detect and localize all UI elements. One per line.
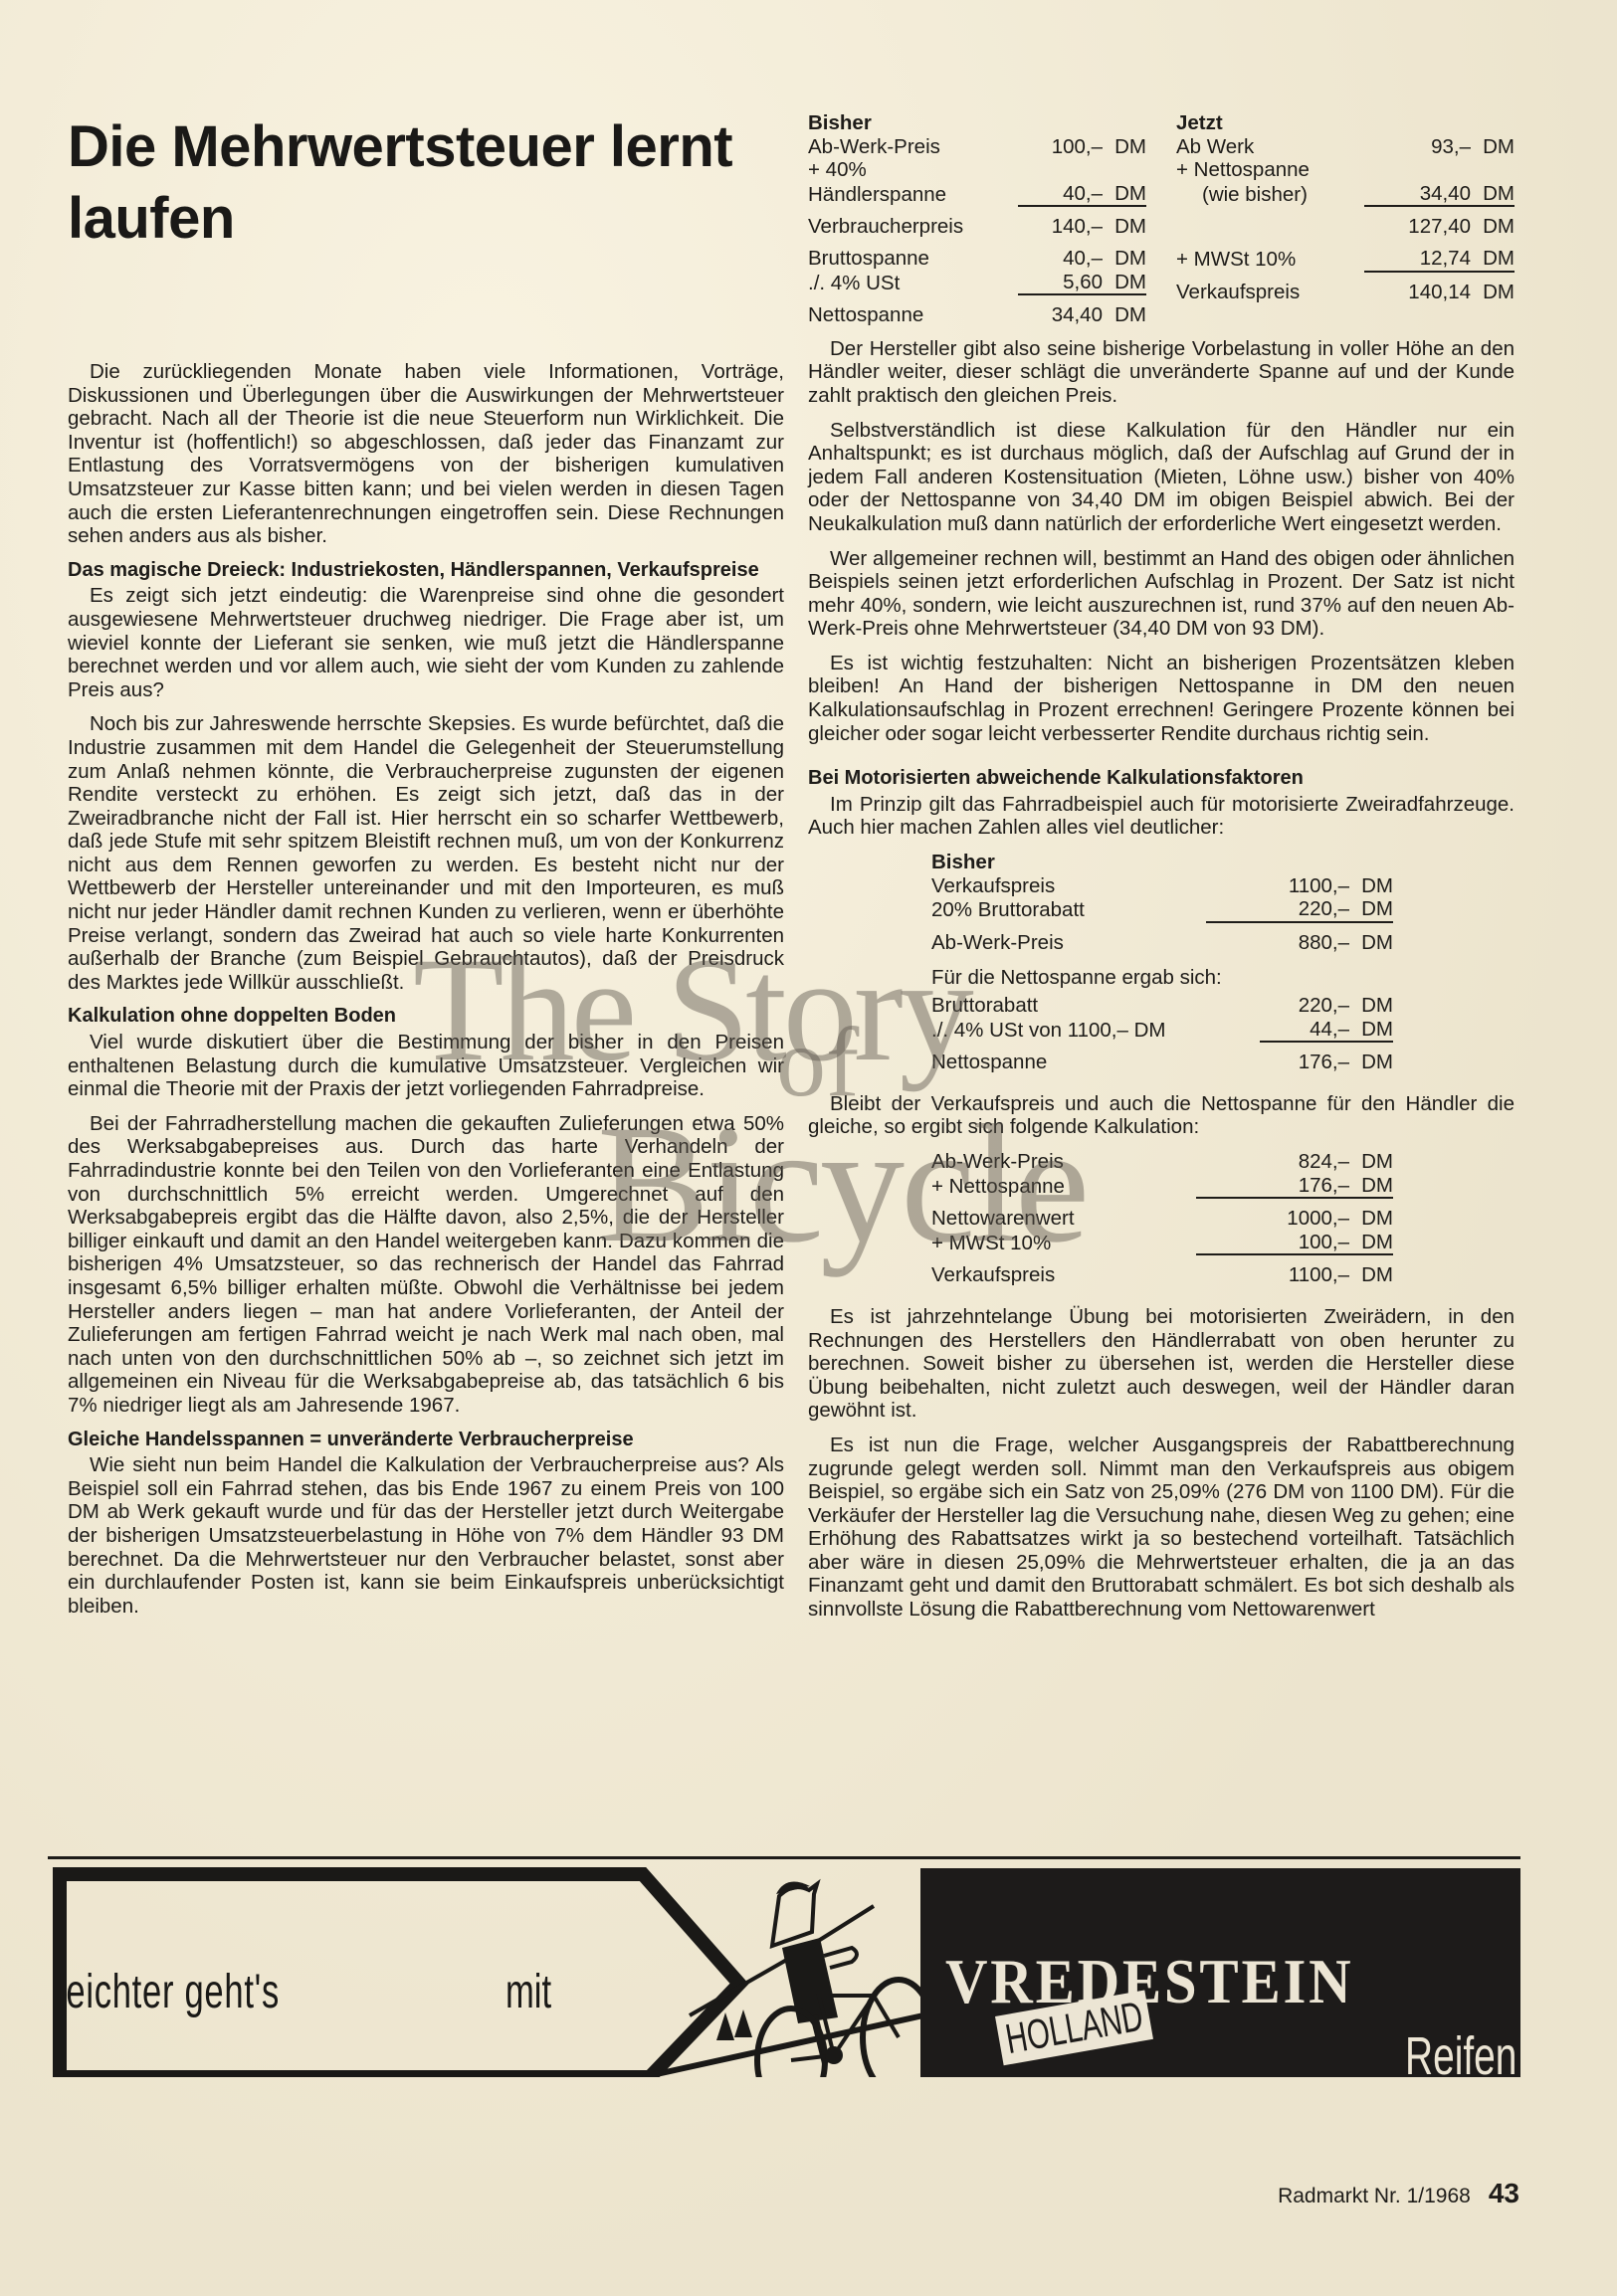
calc-unit: DM xyxy=(1349,1051,1393,1074)
calc-row: Händlerspanne40,–DM xyxy=(808,182,1146,207)
ad-connector: mit xyxy=(505,1965,551,2019)
calc-label: Ab-Werk-Preis xyxy=(931,922,1206,955)
moto-bisher-table: Verkaufspreis1100,–DM20% Bruttorabatt220… xyxy=(931,874,1393,955)
calc-unit: DM xyxy=(1103,247,1146,271)
ad-product: Reifen xyxy=(1405,2025,1516,2087)
calc-row: Verkaufspreis1100,–DM xyxy=(931,874,1393,898)
calc-label: Verbraucherpreis xyxy=(808,206,1018,239)
ad-brand-name: VREDESTEIN xyxy=(945,1945,1353,2018)
body-paragraph: Bei der Fahrradherstellung machen die ge… xyxy=(68,1112,784,1418)
body-paragraph: Es ist jahrzehntelange Übung bei motoris… xyxy=(808,1305,1515,1423)
calc-label: ./. 4% USt xyxy=(808,271,1018,295)
paragraph-bleibt: Bleibt der Verkaufspreis und auch die Ne… xyxy=(808,1092,1515,1139)
article-title: Die Mehrwertsteuer lernt laufen xyxy=(68,111,764,255)
body-paragraph: Wie sieht nun beim Handel die Kalkulatio… xyxy=(68,1453,784,1618)
body-paragraph: Es zeigt sich jetzt eindeutig: die Waren… xyxy=(68,584,784,701)
calc-label: Bruttorabatt xyxy=(931,994,1260,1018)
calc-value: 176,– xyxy=(1299,1174,1349,1197)
body-paragraph: Es ist nun die Frage, welcher Ausgangspr… xyxy=(808,1434,1515,1622)
calc-unit: DM xyxy=(1103,303,1146,327)
calc-value: 40,– xyxy=(1063,182,1103,205)
calc-label: Bruttospanne xyxy=(808,239,1018,271)
calc-row: (wie bisher)34,40DM xyxy=(1176,182,1515,207)
calc-value: 5,60 xyxy=(1063,271,1103,293)
left-sections: Das magische Dreieck: Industriekosten, H… xyxy=(68,559,784,1619)
calc-unit: DM xyxy=(1349,1150,1393,1174)
right-paragraphs-d: Es ist jahrzehntelange Übung bei motoris… xyxy=(808,1305,1515,1622)
calc-row: Bruttorabatt220,–DM xyxy=(931,994,1393,1018)
calc-unit: DM xyxy=(1349,1207,1393,1231)
calc-label: Verkaufspreis xyxy=(931,1254,1196,1287)
calc-value: 140,14 xyxy=(1408,281,1471,303)
calc-value: 220,– xyxy=(1299,897,1349,920)
calc-label: ./. 4% USt von 1100,– DM xyxy=(931,1018,1260,1043)
body-paragraph: Noch bis zur Jahreswende herrschte Skeps… xyxy=(68,712,784,994)
section-heading: Kalkulation ohne doppelten Boden xyxy=(68,1005,784,1029)
calc-value: 824,– xyxy=(1299,1150,1349,1173)
calc-value: 34,40 xyxy=(1052,303,1103,326)
calc-value: 1000,– xyxy=(1287,1207,1349,1230)
calc-label: + Nettospanne xyxy=(1176,158,1364,182)
calc-label: Nettospanne xyxy=(808,294,1018,327)
calc-unit: DM xyxy=(1349,874,1393,898)
calc-label: Händlerspanne xyxy=(808,182,1018,207)
calc-value: 176,– xyxy=(1299,1051,1349,1073)
bicycle-calculation: Bisher Ab-Werk-Preis100,–DM+ 40%Händlers… xyxy=(808,111,1515,327)
calc-row: Verbraucherpreis140,–DM xyxy=(808,206,1146,239)
moto-note: Für die Nettospanne ergab sich: xyxy=(931,966,1393,990)
calc-value: 1100,– xyxy=(1289,1263,1349,1286)
calc-row: Ab-Werk-Preis824,–DM xyxy=(931,1150,1393,1174)
calc-bisher-table: Ab-Werk-Preis100,–DM+ 40%Händlerspanne40… xyxy=(808,135,1146,327)
page-footer: Radmarkt Nr. 1/196843 xyxy=(1278,2178,1519,2209)
ad-slogan: leichter geht's xyxy=(58,1965,280,2019)
calc-unit: DM xyxy=(1349,1231,1393,1254)
calc-value: 44,– xyxy=(1310,1018,1349,1041)
calc-row: Verkaufspreis1100,–DM xyxy=(931,1254,1393,1287)
calc-label: Nettowarenwert xyxy=(931,1198,1196,1231)
calc-unit: DM xyxy=(1471,182,1515,206)
calc-value: 34,40 xyxy=(1420,182,1471,205)
calc-row: ./. 4% USt5,60DM xyxy=(808,271,1146,295)
calc-row: + Nettospanne xyxy=(1176,158,1515,182)
calc-label: Ab-Werk-Preis xyxy=(808,135,1018,159)
calc-value: 140,– xyxy=(1052,215,1103,238)
calc-label: Ab-Werk-Preis xyxy=(931,1150,1196,1174)
calc-row: Nettowarenwert1000,–DM xyxy=(931,1198,1393,1231)
moto-neu-calc: Ab-Werk-Preis824,–DM+ Nettospanne176,–DM… xyxy=(931,1150,1393,1287)
calc-label: + MWSt 10% xyxy=(931,1231,1196,1255)
calc-unit: DM xyxy=(1103,135,1146,159)
moto-bisher-heading: Bisher xyxy=(931,851,1393,874)
calc-unit: DM xyxy=(1349,931,1393,955)
calc-row: + MWSt 10%100,–DM xyxy=(931,1231,1393,1255)
calc-row: Ab-Werk-Preis880,–DM xyxy=(931,922,1393,955)
body-paragraph: Viel wurde diskutiert über die Bestimmun… xyxy=(68,1031,784,1101)
moto-neu-table: Ab-Werk-Preis824,–DM+ Nettospanne176,–DM… xyxy=(931,1150,1393,1287)
section-heading-motorisierte: Bei Motorisierten abweichende Kalkulatio… xyxy=(808,767,1515,791)
paragraph-motorisierte: Im Prinzip gilt das Fahrradbeispiel auch… xyxy=(808,793,1515,840)
calc-label: + 40% xyxy=(808,158,1018,182)
calc-value: 100,– xyxy=(1299,1231,1349,1253)
intro-paragraph: Die zurückliegenden Monate haben viele I… xyxy=(68,360,784,548)
body-paragraph: Selbstverständlich ist diese Kalkulation… xyxy=(808,419,1515,536)
calc-row: Nettospanne34,40DM xyxy=(808,294,1146,327)
calc-value: 880,– xyxy=(1299,931,1349,954)
calc-row: Ab-Werk-Preis100,–DM xyxy=(808,135,1146,159)
calc-value: 40,– xyxy=(1063,247,1103,270)
calc-unit: DM xyxy=(1349,897,1393,921)
section-heading: Das magische Dreieck: Industriekosten, H… xyxy=(68,559,784,583)
calc-unit: DM xyxy=(1103,215,1146,239)
calc-value: 93,– xyxy=(1431,135,1471,158)
calc-label: + Nettospanne xyxy=(931,1174,1196,1199)
calc-label: 20% Bruttorabatt xyxy=(931,897,1206,922)
calc-value: 1100,– xyxy=(1289,874,1349,897)
calc-row: Verkaufspreis140,14DM xyxy=(1176,272,1515,304)
calc-row: Nettospanne176,–DM xyxy=(931,1042,1393,1074)
calc-label: Nettospanne xyxy=(931,1042,1260,1074)
body-paragraph: Es ist wichtig festzuhalten: Nicht an bi… xyxy=(808,652,1515,745)
calc-unit: DM xyxy=(1471,215,1515,239)
calc-unit: DM xyxy=(1349,1174,1393,1198)
left-column: Die zurückliegenden Monate haben viele I… xyxy=(68,360,784,1628)
calc-jetzt-heading: Jetzt xyxy=(1176,111,1515,135)
calc-unit: DM xyxy=(1103,182,1146,206)
calc-row: + 40% xyxy=(808,158,1146,182)
calc-row: ./. 4% USt von 1100,– DM44,–DM xyxy=(931,1018,1393,1043)
calc-label: Verkaufspreis xyxy=(1176,272,1364,304)
calc-bisher-heading: Bisher xyxy=(808,111,1146,135)
calc-label: (wie bisher) xyxy=(1176,182,1364,207)
calc-row: Bruttospanne40,–DM xyxy=(808,239,1146,271)
calc-unit: DM xyxy=(1349,1263,1393,1287)
calc-label: + MWSt 10% xyxy=(1176,239,1364,272)
calc-row: Ab Werk93,–DM xyxy=(1176,135,1515,159)
calc-row: 127,40DM xyxy=(1176,206,1515,239)
publication-name: Radmarkt Nr. 1/1968 xyxy=(1278,2185,1471,2207)
calc-jetzt-table: Ab Werk93,–DM+ Nettospanne(wie bisher)34… xyxy=(1176,135,1515,304)
calc-bisher: Bisher Ab-Werk-Preis100,–DM+ 40%Händlers… xyxy=(808,111,1146,327)
body-paragraph: Wer allgemeiner rechnen will, bestimmt a… xyxy=(808,547,1515,641)
right-column: Bisher Ab-Werk-Preis100,–DM+ 40%Händlers… xyxy=(808,111,1515,1632)
calc-value: 12,74 xyxy=(1420,247,1471,270)
calc-jetzt: Jetzt Ab Werk93,–DM+ Nettospanne(wie bis… xyxy=(1176,111,1515,327)
calc-row: + MWSt 10%12,74DM xyxy=(1176,239,1515,272)
calc-unit: DM xyxy=(1471,135,1515,159)
right-paragraphs-a: Der Hersteller gibt also seine bisherige… xyxy=(808,337,1515,746)
calc-value: 127,40 xyxy=(1408,215,1471,238)
calc-unit: DM xyxy=(1103,271,1146,294)
calc-label: Verkaufspreis xyxy=(931,874,1206,898)
body-paragraph: Der Hersteller gibt also seine bisherige… xyxy=(808,337,1515,408)
calc-value: 220,– xyxy=(1299,994,1349,1017)
moto-netto-table: Bruttorabatt220,–DM./. 4% USt von 1100,–… xyxy=(931,994,1393,1074)
page-number: 43 xyxy=(1489,2178,1519,2208)
calc-label xyxy=(1176,206,1364,239)
ad-top-rule xyxy=(48,1856,1520,1859)
calc-value: 100,– xyxy=(1052,135,1103,158)
calc-row: + Nettospanne176,–DM xyxy=(931,1174,1393,1199)
calc-unit: DM xyxy=(1349,994,1393,1018)
moto-bisher-calc: Bisher Verkaufspreis1100,–DM20% Bruttora… xyxy=(931,851,1393,1074)
section-heading: Gleiche Handelsspannen = unveränderte Ve… xyxy=(68,1429,784,1452)
calc-unit: DM xyxy=(1471,281,1515,304)
calc-row: 20% Bruttorabatt220,–DM xyxy=(931,897,1393,922)
calc-unit: DM xyxy=(1349,1018,1393,1042)
calc-unit: DM xyxy=(1471,247,1515,271)
calc-label: Ab Werk xyxy=(1176,135,1364,159)
